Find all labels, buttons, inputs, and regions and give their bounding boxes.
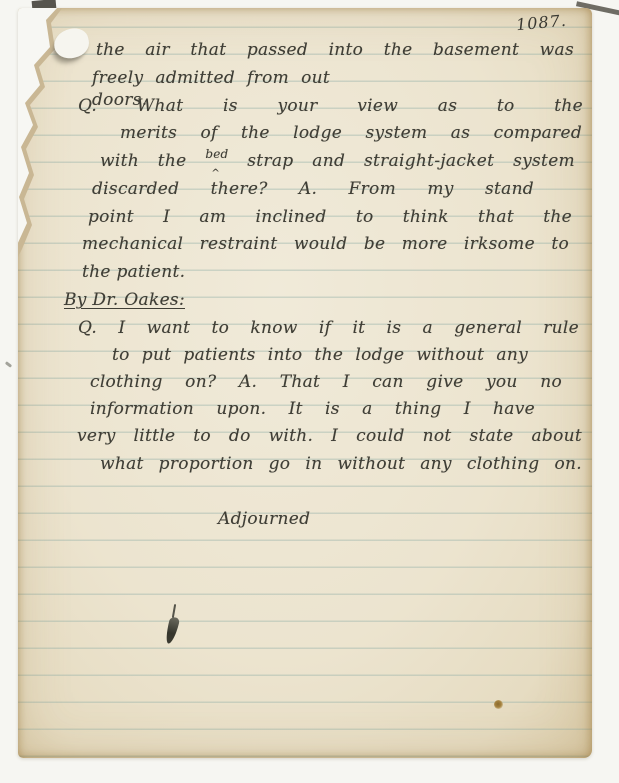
manuscript-line: the patient. — [82, 261, 185, 283]
manuscript-line: Q. I want to know if it is a general rul… — [78, 317, 579, 339]
manuscript-line: with the bed^ strap and straight-jacket … — [100, 150, 575, 173]
examiner-heading: By Dr. Oakes: — [64, 289, 185, 311]
manuscript-line: the air that passed into the basement wa… — [96, 39, 574, 61]
line-text: with the — [100, 151, 187, 171]
manuscript-line: information upon. It is a thing I have — [90, 398, 535, 420]
margin-speck — [5, 361, 12, 368]
manuscript-line: mechanical restraint would be more irkso… — [82, 233, 569, 255]
stain-spot — [494, 700, 503, 709]
inserted-word-text: bed — [205, 147, 228, 161]
manuscript-line: discarded there? A. From my stand — [92, 178, 534, 200]
manuscript-line: what proportion go in without any clothi… — [100, 453, 582, 475]
scanned-document: 1087. the air that passed into the basem… — [0, 0, 619, 783]
line-text: strap and straight-jacket system — [247, 151, 575, 171]
adjourned-note: Adjourned — [218, 508, 310, 530]
manuscript-line: point I am inclined to think that the — [88, 206, 572, 228]
manuscript-line: merits of the lodge system as compared — [120, 122, 582, 144]
manuscript-line: very little to do with. I could not stat… — [77, 425, 582, 447]
inserted-word: bed^ — [205, 150, 228, 173]
manuscript-line: to put patients into the lodge without a… — [112, 344, 528, 366]
manuscript-line: clothing on? A. That I can give you no — [90, 371, 562, 393]
manuscript-line: Q. What is your view as to the — [78, 95, 583, 117]
